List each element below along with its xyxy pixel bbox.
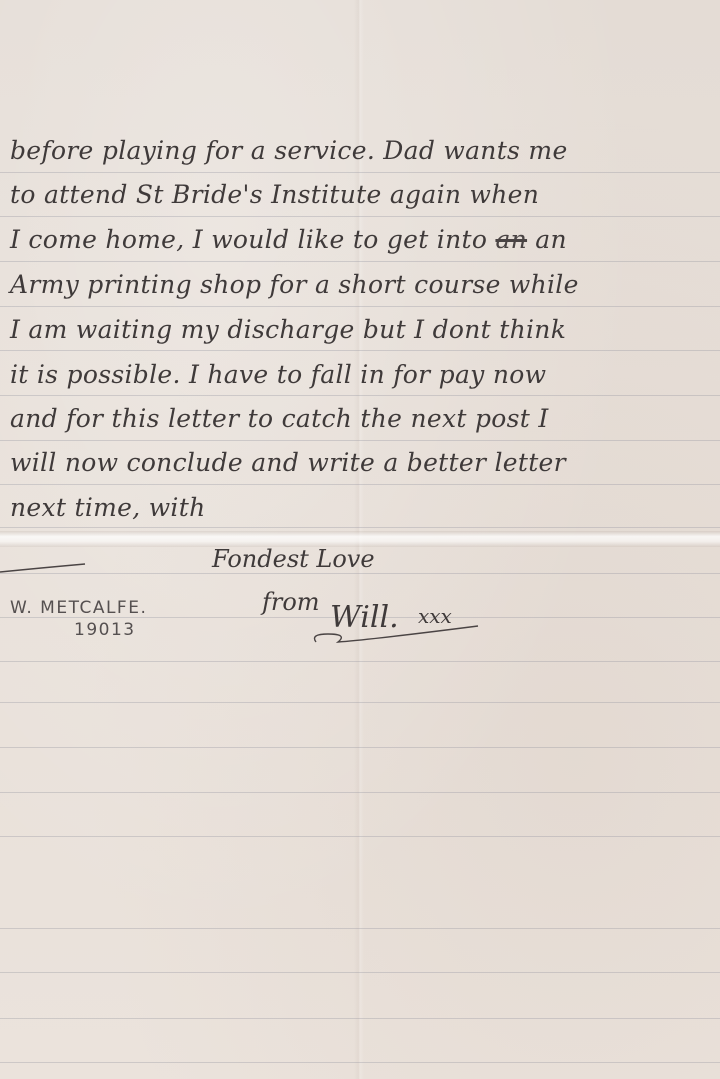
ruled-line [0,306,720,307]
letter-line-4: Army printing shop for a short course wh… [10,270,579,299]
struck-out-word: an [495,225,527,254]
ruled-line [0,747,720,748]
ruled-line [0,792,720,793]
ruled-line [0,440,720,441]
ruled-line [0,836,720,837]
ruled-line [0,527,720,528]
ruled-line [0,928,720,929]
letter-line-8: will now conclude and write a better let… [10,448,566,477]
stamp-name: W. METCALFE. [10,598,147,618]
ruled-line [0,1018,720,1019]
letter-line-3-end: an [527,225,567,254]
ruled-line [0,484,720,485]
ruled-line [0,661,720,662]
ruled-line [0,573,720,574]
stamp-number: 19013 [74,620,136,640]
letter-line-1: before playing for a service. Dad wants … [10,136,568,165]
ruled-line [0,702,720,703]
letter-line-6: it is possible. I have to fall in for pa… [10,360,546,389]
letter-line-2: to attend St Bride's Institute again whe… [10,180,539,209]
ruled-line [0,261,720,262]
letter-line-3: I come home, I would like to get into an… [10,225,567,254]
letter-page: before playing for a service. Dad wants … [0,0,720,1079]
signature-flourish [308,620,488,650]
ruled-line [0,172,720,173]
closing-from: from [262,588,320,616]
letter-line-7: and for this letter to catch the next po… [10,404,549,433]
closing-fondest-love: Fondest Love [212,545,375,573]
ruled-line [0,395,720,396]
ruled-line [0,350,720,351]
ink-underline-stroke [0,558,90,578]
ruled-line [0,972,720,973]
letter-line-5: I am waiting my discharge but I dont thi… [10,315,566,344]
ruled-line [0,1062,720,1063]
ruled-line [0,216,720,217]
letter-line-9: next time, with [10,493,205,522]
letter-line-3-start: I come home, I would like to get into [10,225,495,254]
